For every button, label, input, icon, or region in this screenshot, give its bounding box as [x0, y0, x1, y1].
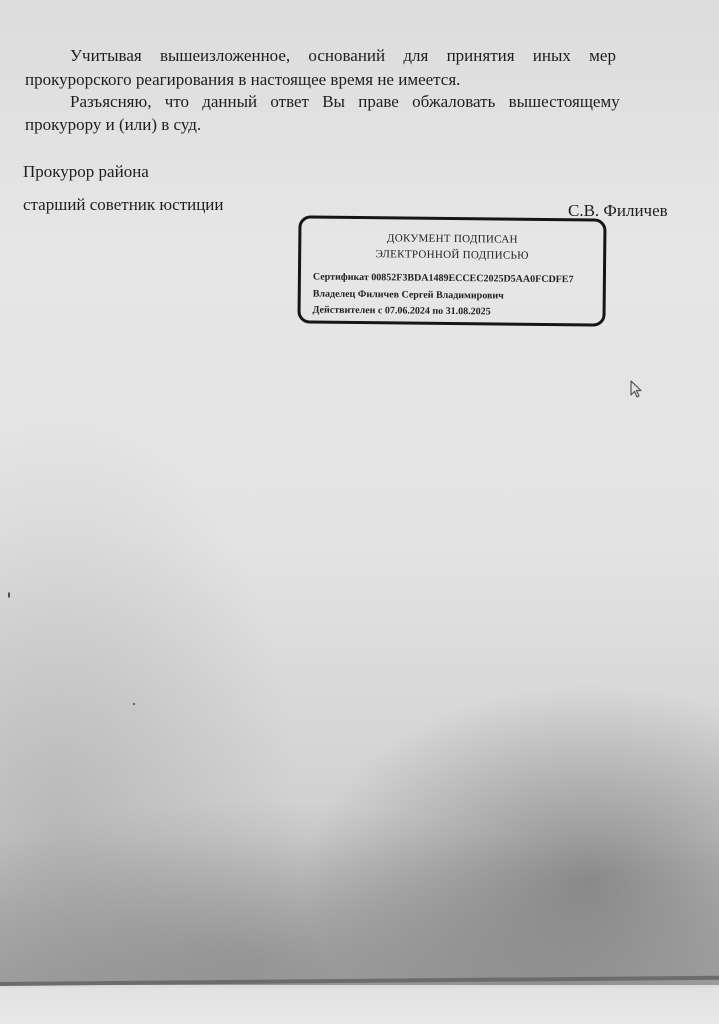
paper-speck — [8, 592, 10, 598]
stamp-validity: Действителен с 07.06.2024 по 31.08.2025 — [313, 305, 491, 318]
stamp-header-line-2: ЭЛЕКТРОННОЙ ПОДПИСЬЮ — [301, 247, 603, 262]
paragraph-1-line-2: прокурорского реагирования в настоящее в… — [25, 70, 460, 90]
underlying-surface — [0, 988, 719, 1024]
document-page — [0, 0, 719, 985]
paragraph-1-line-1: Учитывая вышеизложенное, оснований для п… — [70, 46, 616, 66]
signer-position-line-1: Прокурор района — [23, 162, 149, 182]
electronic-signature-stamp: ДОКУМЕНТ ПОДПИСАН ЭЛЕКТРОННОЙ ПОДПИСЬЮ С… — [297, 215, 606, 326]
paragraph-2-line-2: прокурору и (или) в суд. — [25, 115, 201, 135]
paragraph-2-line-1: Разъясняю, что данный ответ Вы праве обж… — [70, 92, 620, 112]
mouse-pointer-icon — [630, 380, 644, 400]
stamp-header-line-1: ДОКУМЕНТ ПОДПИСАН — [301, 231, 603, 246]
stamp-certificate: Сертификат 00852F3BDA1489ECCEC2025D5AA0F… — [313, 272, 574, 286]
stamp-owner: Владелец Филичев Сергей Владимирович — [313, 289, 504, 302]
signer-position-line-2: старший советник юстиции — [23, 195, 223, 215]
paper-speck — [133, 703, 135, 705]
